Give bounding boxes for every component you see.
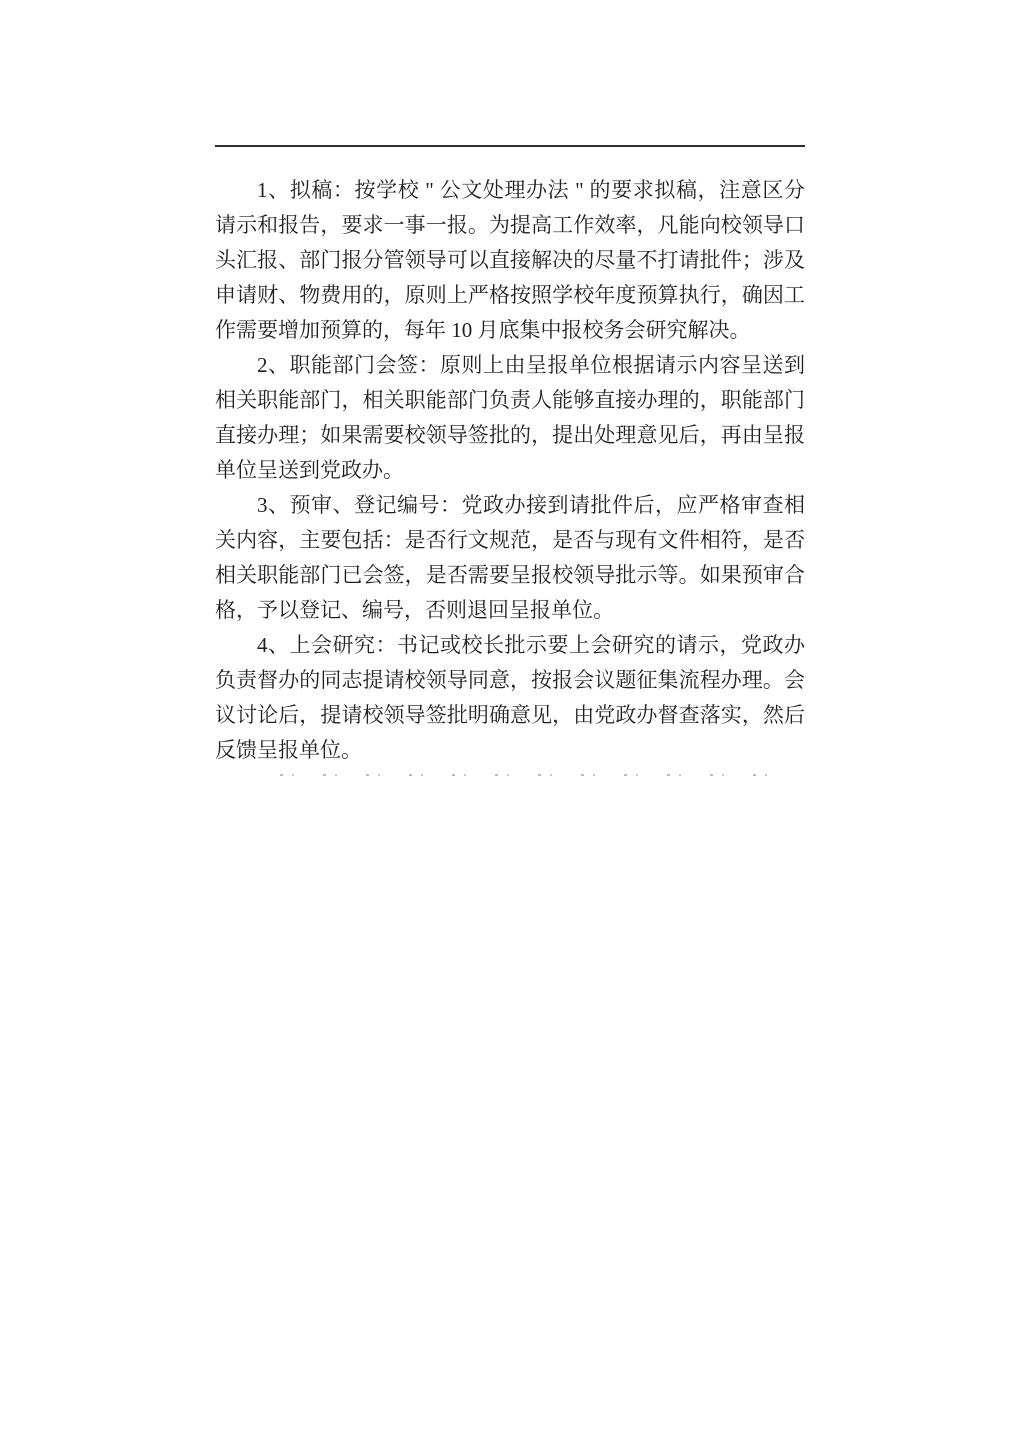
paragraph-3-preaudit-registration: 3、预审、登记编号：党政办接到请批件后，应严格审查相关内容，主要包括：是否行文规…	[215, 488, 805, 628]
paragraph-1-drafting: 1、拟稿：按学校 " 公文处理办法 " 的要求拟稿，注意区分请示和报告，要求一事…	[215, 173, 805, 348]
top-divider	[215, 145, 805, 147]
document-body: 1、拟稿：按学校 " 公文处理办法 " 的要求拟稿，注意区分请示和报告，要求一事…	[215, 145, 805, 777]
paragraph-4-meeting-review: 4、上会研究：书记或校长批示要上会研究的请示，党政办负责督办的同志提请校领导同意…	[215, 628, 805, 768]
cutoff-text-line	[280, 773, 795, 777]
document-page: 1、拟稿：按学校 " 公文处理办法 " 的要求拟稿，注意区分请示和报告，要求一事…	[0, 0, 1017, 1439]
paragraph-2-countersign: 2、职能部门会签：原则上由呈报单位根据请示内容呈送到相关职能部门，相关职能部门负…	[215, 348, 805, 488]
